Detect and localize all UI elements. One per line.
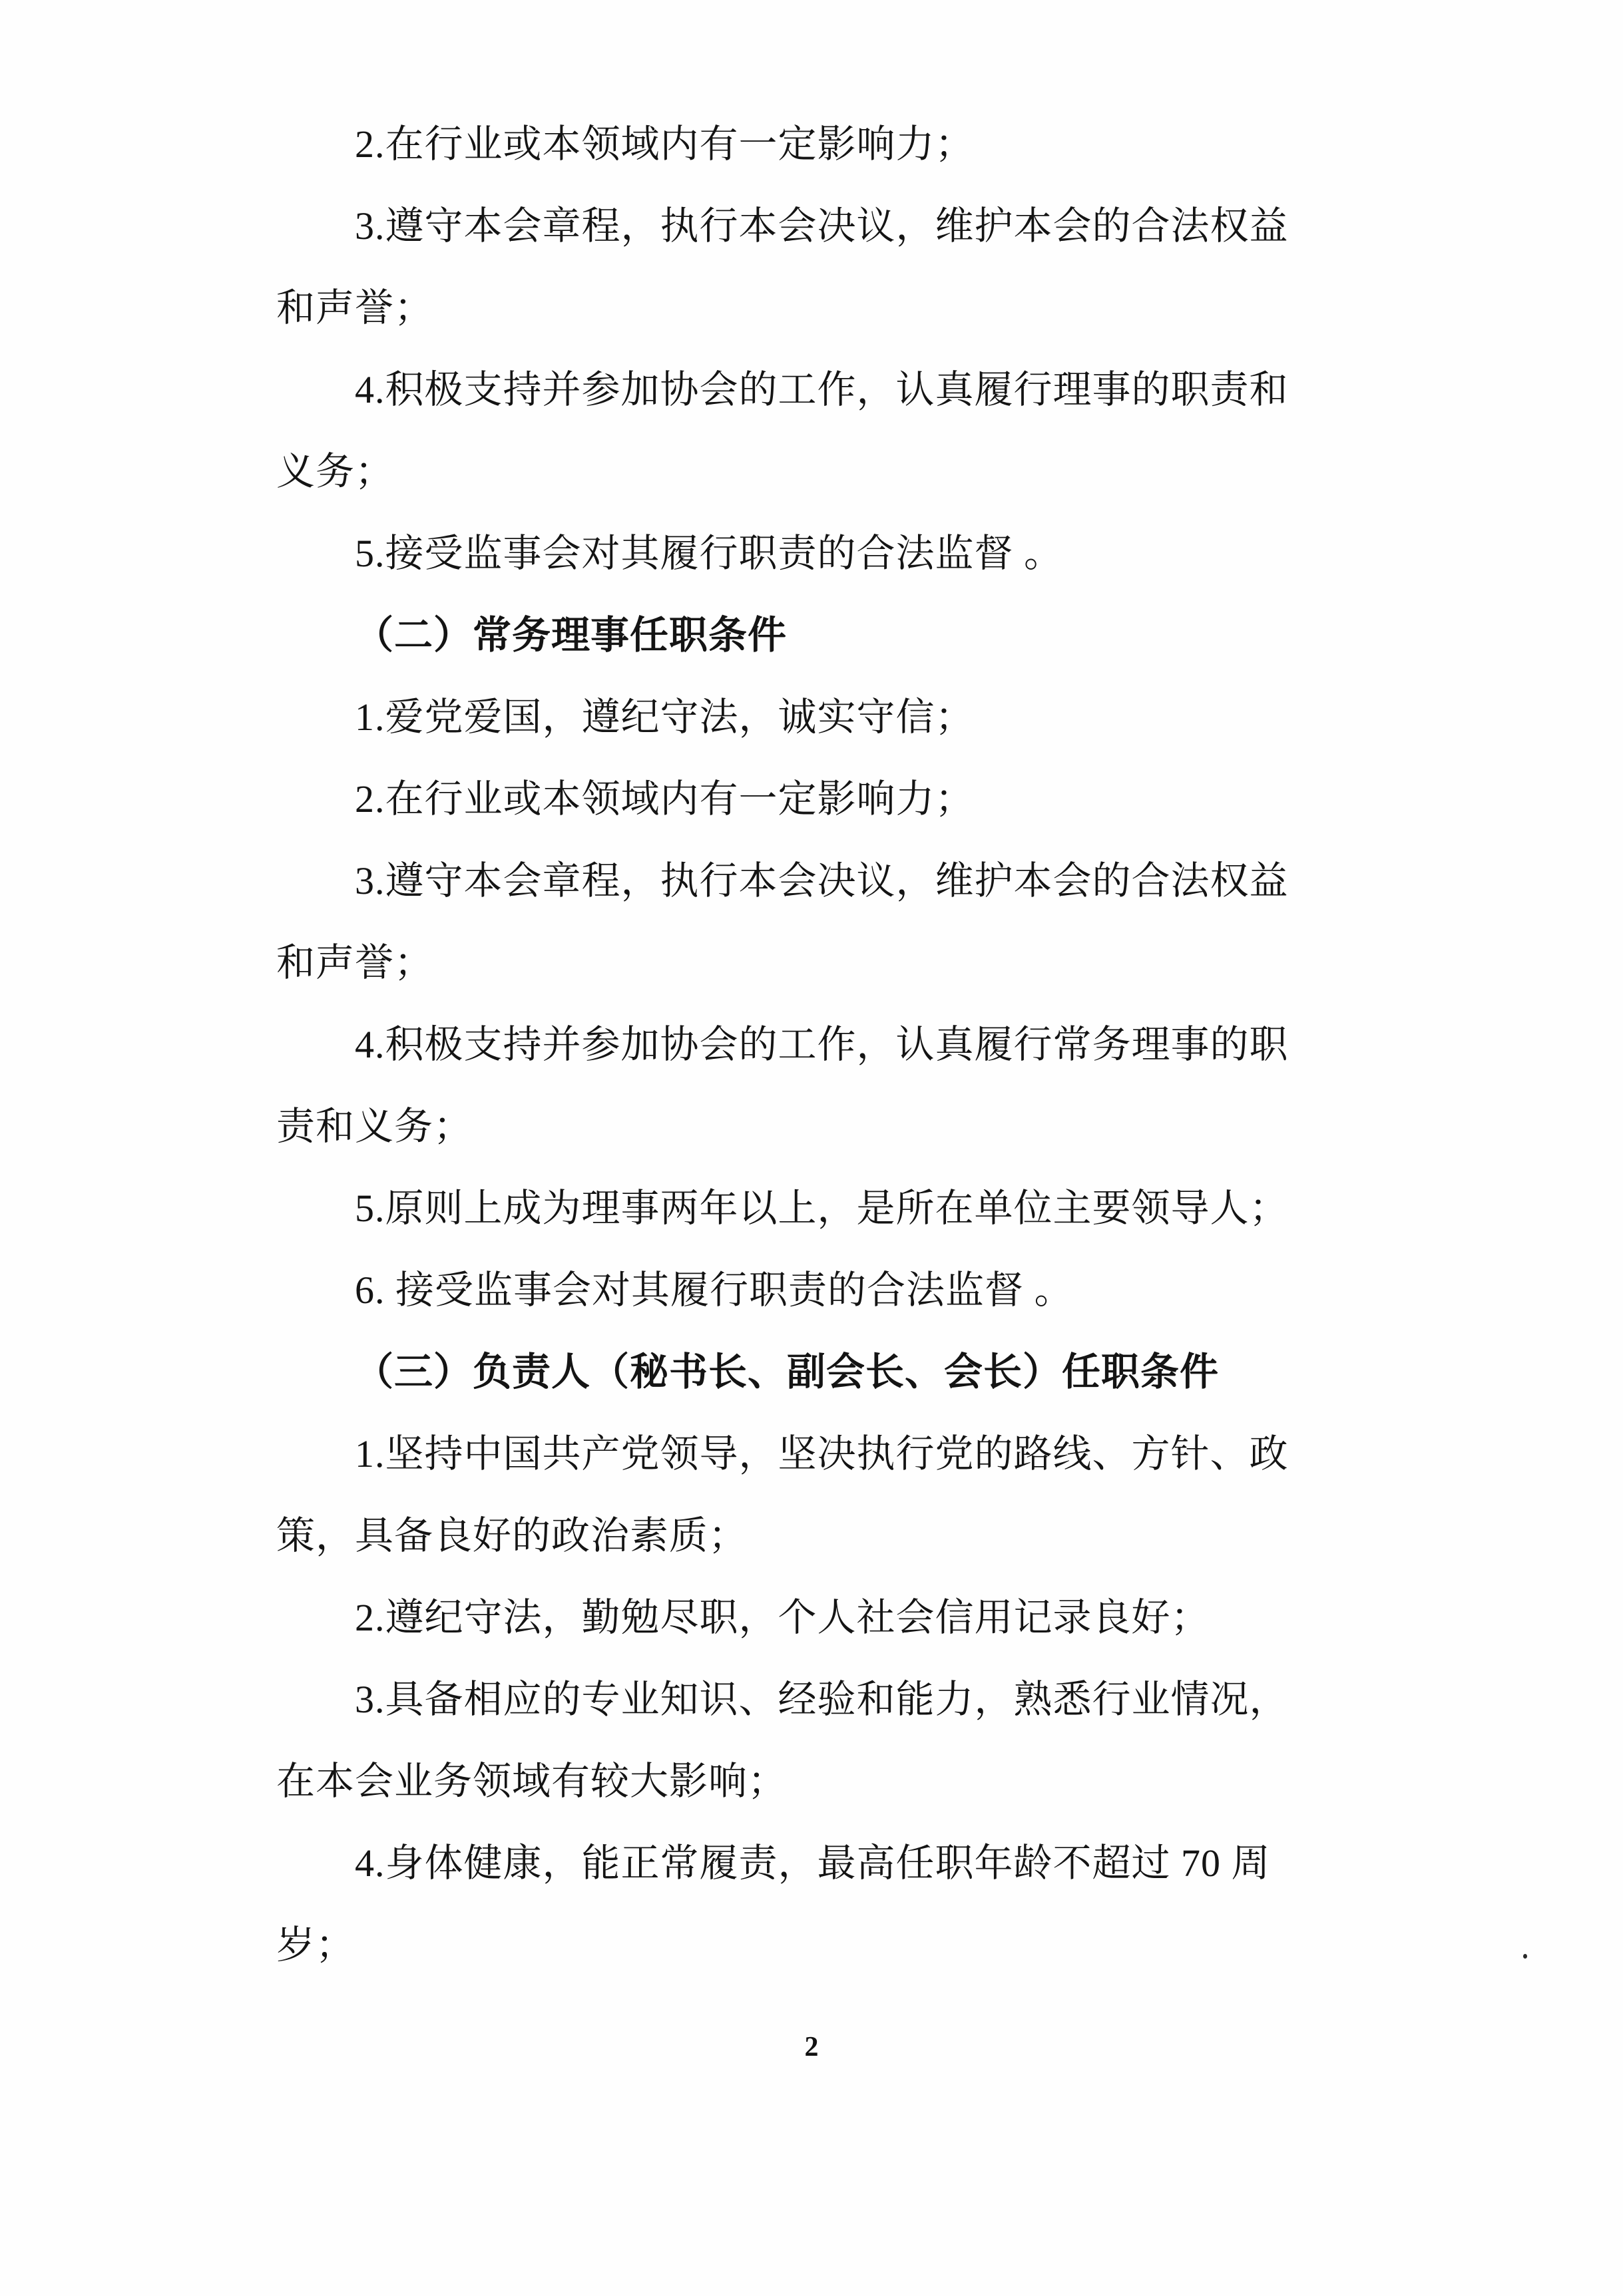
document-body: 2.在行业或本领域内有一定影响力；3.遵守本会章程，执行本会决议，维护本会的合法… [276, 103, 1368, 1986]
text-line: 2.在行业或本领域内有一定影响力； [276, 758, 1368, 840]
text-line: 岁； [276, 1904, 1368, 1986]
text-line: 4.积极支持并参加协会的工作，认真履行常务理事的职 [276, 1004, 1368, 1085]
text-line: 1.爱党爱国，遵纪守法，诚实守信； [276, 676, 1368, 758]
text-line: 策，具备良好的政治素质； [276, 1495, 1368, 1577]
text-line: 2.在行业或本领域内有一定影响力； [276, 103, 1368, 185]
text-line: 责和义务； [276, 1085, 1368, 1167]
scan-speck [1523, 1954, 1527, 1959]
text-line: 6. 接受监事会对其履行职责的合法监督 。 [276, 1249, 1368, 1331]
document-page: 2.在行业或本领域内有一定影响力；3.遵守本会章程，执行本会决议，维护本会的合法… [0, 0, 1623, 2296]
page-number: 2 [0, 2031, 1623, 2063]
text-line: 2.遵纪守法，勤勉尽职，个人社会信用记录良好； [276, 1577, 1368, 1658]
section-heading: （二）常务理事任职条件 [276, 594, 1368, 676]
section-heading: （三）负责人（秘书长、副会长、会长）任职条件 [276, 1331, 1368, 1413]
text-line: 在本会业务领域有较大影响； [276, 1740, 1368, 1822]
text-line: 4.身体健康，能正常履责，最高任职年龄不超过 70 周 [276, 1822, 1368, 1904]
text-line: 4.积极支持并参加协会的工作，认真履行理事的职责和 [276, 349, 1368, 431]
text-line: 3.遵守本会章程，执行本会决议，维护本会的合法权益 [276, 840, 1368, 922]
text-line: 3.具备相应的专业知识、经验和能力，熟悉行业情况， [276, 1658, 1368, 1740]
text-line: 5.原则上成为理事两年以上，是所在单位主要领导人； [276, 1167, 1368, 1249]
text-line: 5.接受监事会对其履行职责的合法监督 。 [276, 512, 1368, 594]
text-line: 1.坚持中国共产党领导，坚决执行党的路线、方针、政 [276, 1413, 1368, 1495]
text-line: 和声誉； [276, 922, 1368, 1004]
text-line: 3.遵守本会章程，执行本会决议，维护本会的合法权益 [276, 185, 1368, 267]
text-line: 义务； [276, 431, 1368, 512]
text-line: 和声誉； [276, 267, 1368, 349]
